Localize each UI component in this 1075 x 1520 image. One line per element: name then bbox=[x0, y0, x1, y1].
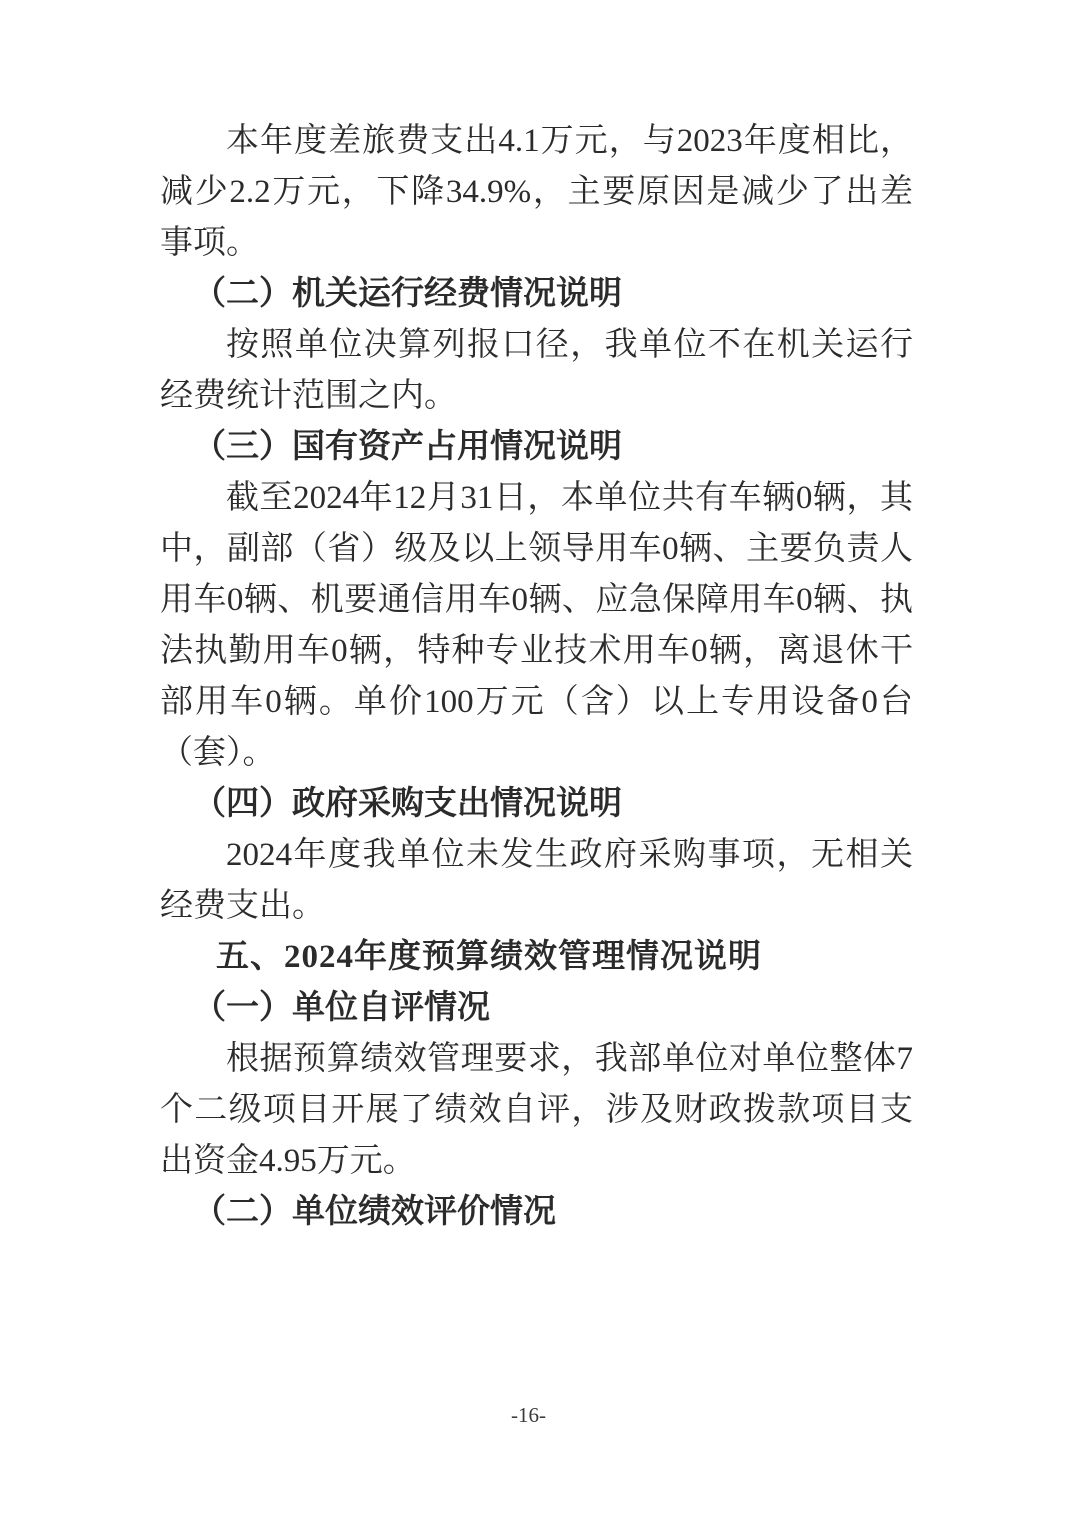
para-state-assets: 截至2024年12月31日，本单位共有车辆0辆，其中，副部（省）级及以上领导用车… bbox=[160, 473, 913, 779]
heading-performance-evaluation: （二）单位绩效评价情况 bbox=[160, 1187, 913, 1238]
para-self-evaluation: 根据预算绩效管理要求，我部单位对单位整体7个二级项目开展了绩效自评，涉及财政拨款… bbox=[160, 1034, 913, 1187]
page-number: -16- bbox=[0, 1402, 1057, 1428]
document-body: 本年度差旅费支出4.1万元，与2023年度相比，减少2.2万元，下降34.9%，… bbox=[160, 116, 913, 1238]
para-gov-procurement: 2024年度我单位未发生政府采购事项，无相关经费支出。 bbox=[160, 830, 913, 932]
heading-self-evaluation: （一）单位自评情况 bbox=[160, 983, 913, 1034]
para-operating-expenses: 按照单位决算列报口径，我单位不在机关运行经费统计范围之内。 bbox=[160, 320, 913, 422]
heading-budget-performance-management: 五、2024年度预算绩效管理情况说明 bbox=[160, 932, 913, 983]
heading-operating-expenses: （二）机关运行经费情况说明 bbox=[160, 269, 913, 320]
heading-state-assets: （三）国有资产占用情况说明 bbox=[160, 422, 913, 473]
para-travel-expense: 本年度差旅费支出4.1万元，与2023年度相比，减少2.2万元，下降34.9%，… bbox=[160, 116, 913, 269]
document-page: 本年度差旅费支出4.1万元，与2023年度相比，减少2.2万元，下降34.9%，… bbox=[0, 0, 1075, 1520]
heading-gov-procurement: （四）政府采购支出情况说明 bbox=[160, 779, 913, 830]
